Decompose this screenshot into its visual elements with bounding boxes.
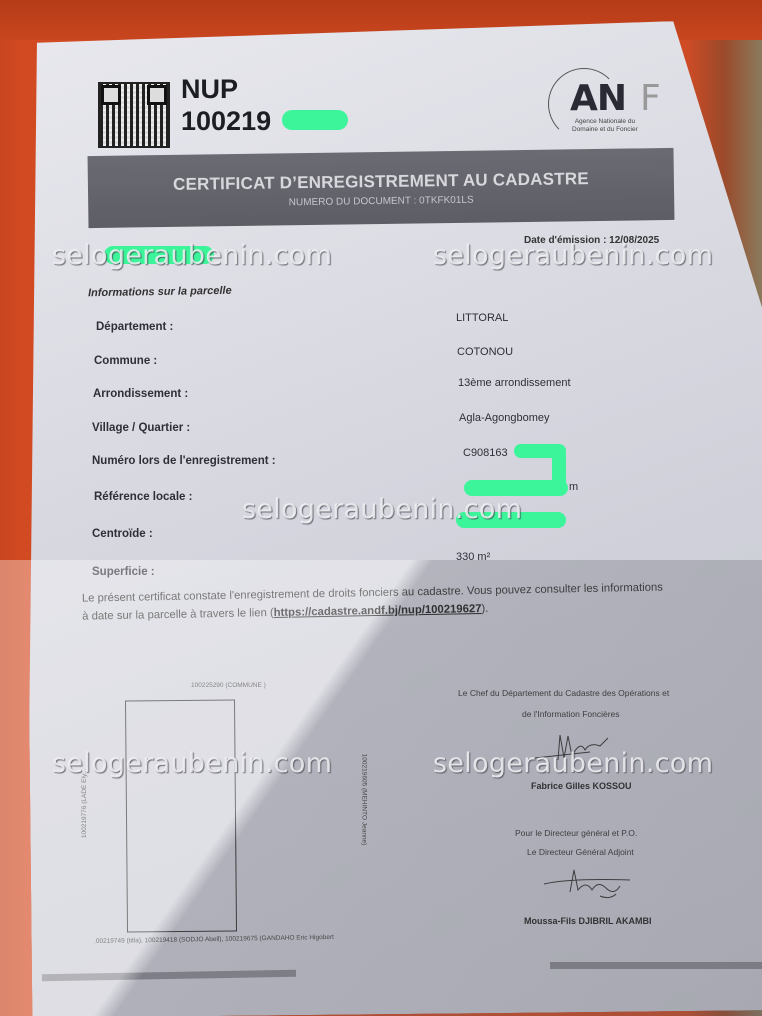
field-label-commune: Commune :	[94, 355, 157, 367]
logo-subtitle: Agence Nationale du Domaine et du Foncie…	[572, 118, 638, 134]
nup-value: 100219	[181, 106, 271, 137]
watermark: selogeraubenin.com	[433, 240, 713, 271]
title-banner: CERTIFICAT D’ENREGISTREMENT AU CADASTRE …	[88, 148, 675, 228]
signatory-1-title-line2: de l'Information Foncières	[522, 709, 620, 719]
field-value-village: Agla-Agongbomey	[459, 412, 550, 424]
signatory-2-title-line1: Pour le Directeur général et P.O.	[515, 828, 637, 838]
section-title: Informations sur la parcelle	[88, 285, 232, 300]
cadastre-link[interactable]: https://cadastre.andf.bj/nup/100219627	[274, 603, 482, 619]
watermark: selogeraubenin.com	[433, 748, 713, 779]
logo-letters: AN	[570, 78, 626, 119]
redaction-mark	[282, 110, 348, 130]
signatory-1-name: Fabrice Gilles KOSSOU	[531, 781, 632, 791]
andf-logo: AN F Agence Nationale du Domaine et du F…	[548, 68, 688, 138]
signatory-1-title-line1: Le Chef du Département du Cadastre des O…	[458, 688, 669, 698]
signatory-2-title-line2: Le Directeur Général Adjoint	[527, 847, 634, 857]
nup-label: NUP	[181, 74, 238, 105]
field-label-centroide: Centroïde :	[92, 528, 153, 540]
field-value-arrondissement: 13ème arrondissement	[458, 377, 571, 389]
signatory-2-name: Moussa-Fils DJIBRIL AKAMBI	[524, 916, 652, 926]
plan-left-label: 100219776 (LADE Ely...	[81, 769, 88, 838]
logo-subtitle-line1: Agence Nationale du	[572, 118, 638, 126]
signature-2-icon	[540, 866, 640, 906]
footer-bar-right	[550, 962, 762, 969]
plan-right-label: 100219605 (MEHINTO Jeanne)	[360, 754, 367, 846]
field-label-departement: Département :	[96, 321, 173, 333]
field-value-superficie: 330 m²	[456, 551, 490, 563]
field-label-village: Village / Quartier :	[92, 422, 190, 434]
logo-letter-faded: F	[640, 78, 661, 119]
logo-subtitle-line2: Domaine et du Foncier	[572, 126, 638, 134]
watermark: selogeraubenin.com	[52, 748, 332, 779]
watermark: selogeraubenin.com	[242, 494, 522, 525]
field-value-commune: COTONOU	[457, 346, 513, 358]
parcel-plan	[125, 700, 237, 933]
field-label-superficie: Superficie :	[92, 566, 155, 578]
plan-top-label: 100225290 (COMMUNE )	[191, 682, 266, 689]
field-value-numero: C908163	[463, 447, 508, 459]
watermark: selogeraubenin.com	[52, 240, 332, 271]
field-label-numero: Numéro lors de l'enregistrement :	[92, 455, 276, 467]
statement-text-end: ).	[481, 603, 488, 615]
qr-code-icon	[98, 82, 170, 148]
document-title: CERTIFICAT D’ENREGISTREMENT AU CADASTRE	[88, 168, 674, 196]
field-value-departement: LITTORAL	[456, 312, 508, 324]
field-value-reference: m	[569, 481, 578, 493]
field-label-arrondissement: Arrondissement :	[93, 388, 188, 400]
field-label-reference: Référence locale :	[94, 491, 192, 503]
